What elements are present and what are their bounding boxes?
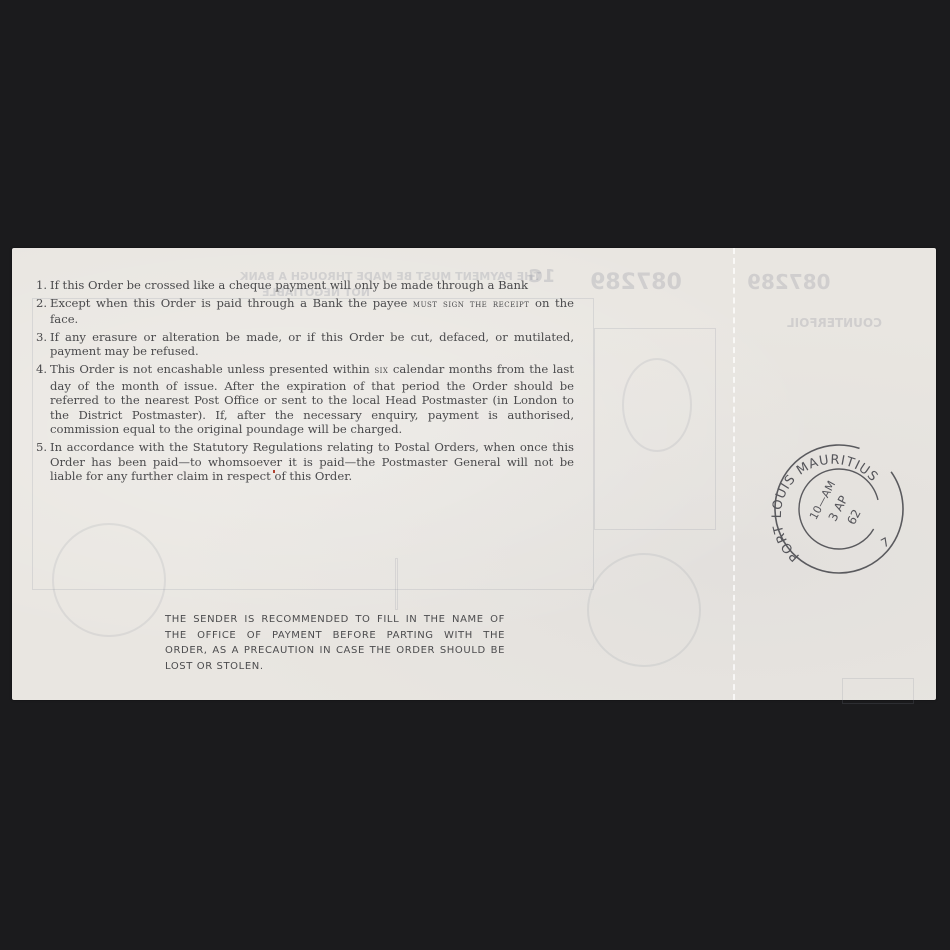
condition-4: 4. This Order is not encashable unless p… xyxy=(36,362,574,437)
condition-text: This Order is not encashable unless pres… xyxy=(50,362,574,437)
condition-text: If any erasure or alteration be made, or… xyxy=(50,330,574,359)
sender-recommendation: THE SENDER IS RECOMMENDED TO FILL IN THE… xyxy=(165,612,505,674)
condition-text: Except when this Order is paid through a… xyxy=(50,296,574,327)
show-through-stub-serial: 087289 xyxy=(747,270,831,294)
show-through-stamp-frame xyxy=(594,328,716,530)
condition-number: 3. xyxy=(36,330,50,359)
postmark-stamp: PORT LOUIS MAURITIUS 10—AM 3 AP 62 7 xyxy=(768,438,910,580)
condition-2: 2. Except when this Order is paid throug… xyxy=(36,296,574,327)
condition-text: If this Order be crossed like a cheque p… xyxy=(50,278,574,293)
condition-3: 3. If any erasure or alteration be made,… xyxy=(36,330,574,359)
condition-number: 4. xyxy=(36,362,50,437)
counterfoil-perforation xyxy=(733,248,735,700)
conditions-list: 1. If this Order be crossed like a chequ… xyxy=(36,278,574,487)
ink-speck xyxy=(273,470,275,473)
emphasis-text: six xyxy=(374,365,388,376)
postmark-year: 62 xyxy=(844,507,864,527)
show-through-seal-right xyxy=(587,553,701,667)
show-through-stub-box xyxy=(842,678,914,704)
emphasis-text: must sign the receipt xyxy=(413,299,529,310)
condition-number: 5. xyxy=(36,440,50,484)
show-through-serial: 087289 xyxy=(590,270,682,295)
show-through-counterfoil: COUNTERFOIL xyxy=(787,316,882,330)
show-through-seal-left xyxy=(52,523,166,637)
condition-number: 2. xyxy=(36,296,50,327)
condition-1: 1. If this Order be crossed like a chequ… xyxy=(36,278,574,293)
condition-5: 5. In accordance with the Statutory Regu… xyxy=(36,440,574,484)
condition-number: 1. xyxy=(36,278,50,293)
show-through-divider xyxy=(395,558,398,610)
condition-text: In accordance with the Statutory Regulat… xyxy=(50,440,574,484)
show-through-stamp-oval xyxy=(622,358,692,452)
postmark-icon: PORT LOUIS MAURITIUS 10—AM 3 AP 62 7 xyxy=(768,438,910,580)
